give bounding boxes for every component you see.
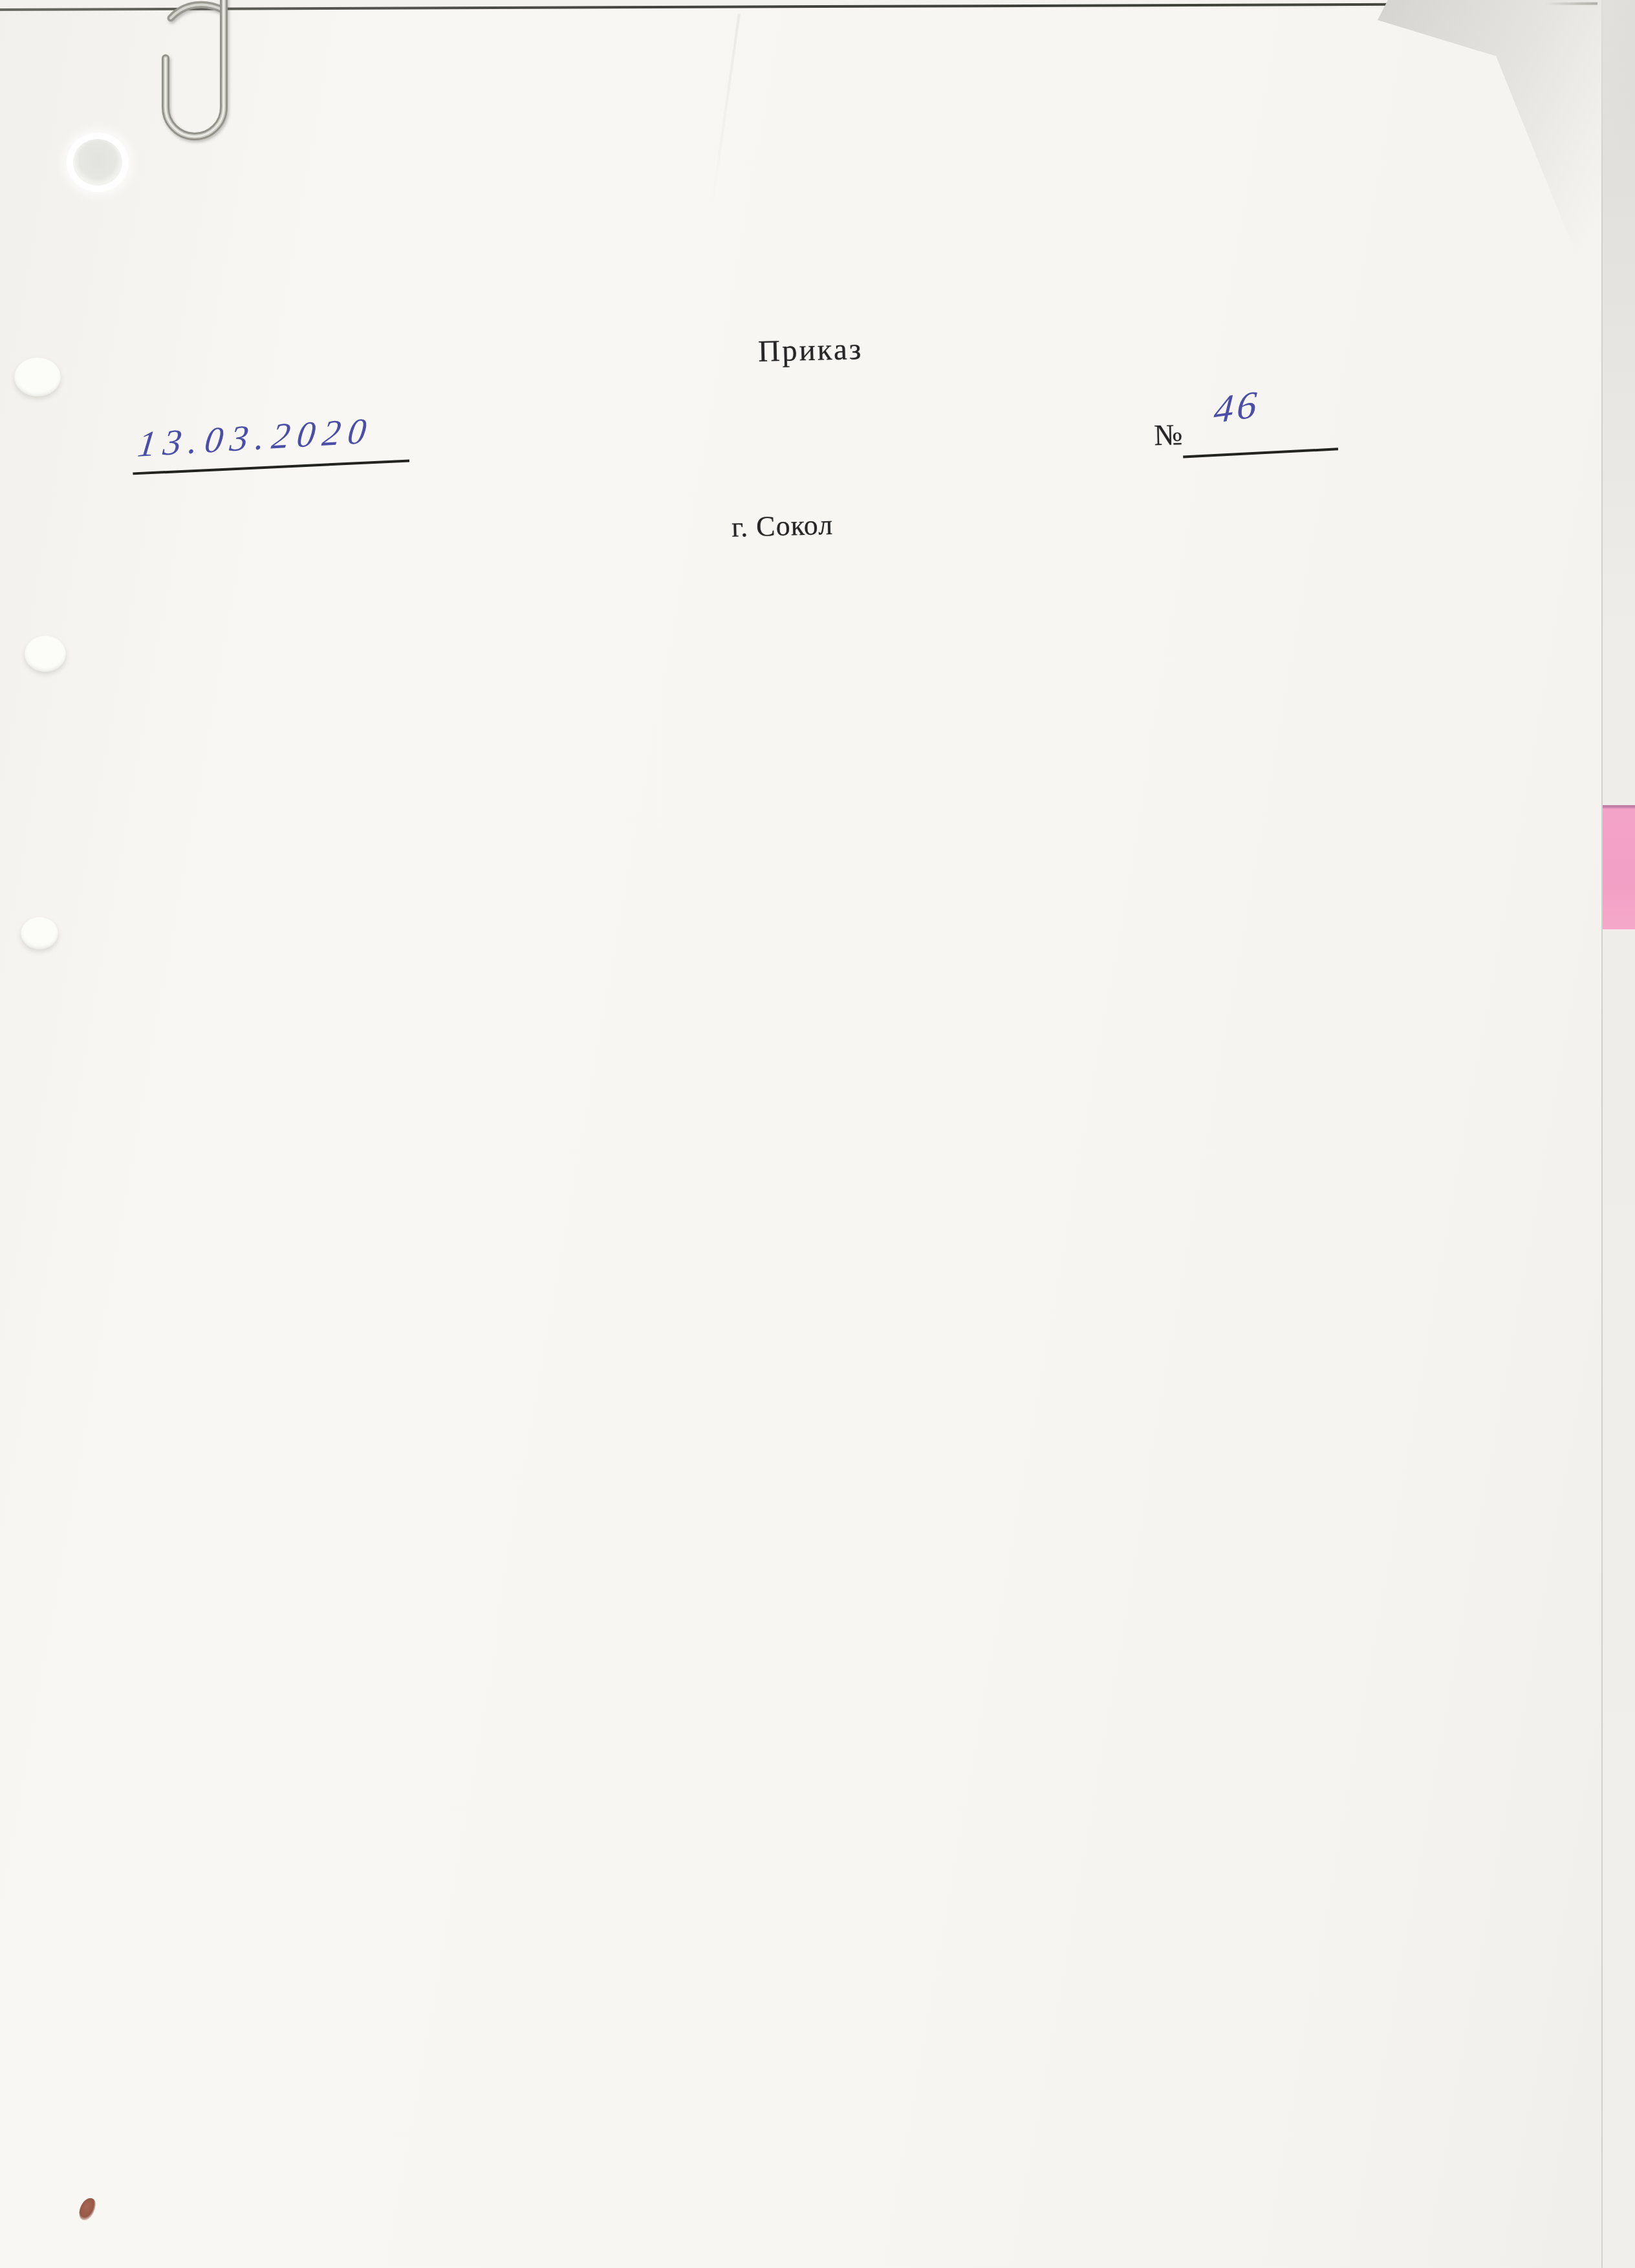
paragraph: [85, 842, 1354, 872]
order-body: [85, 842, 1356, 948]
organization-header-line: [74, 91, 1367, 122]
handwritten-date: 13.03.2020: [136, 410, 376, 465]
emboss-spot: [25, 636, 66, 672]
scanned-document: Приказ 13.03.2020 № 46 г. Сокол: [0, 0, 1635, 2268]
paragraph: [85, 842, 1354, 872]
document-content: Приказ 13.03.2020 № 46 г. Сокол: [47, 37, 1392, 2252]
organization-header-line: [74, 91, 1367, 122]
handwritten-order-number: 46: [1213, 382, 1262, 433]
number-sign: №: [1154, 417, 1183, 452]
paragraph: [85, 842, 1354, 872]
paragraph: [85, 842, 1354, 872]
organization-header-line: [74, 91, 1367, 122]
paragraph: [85, 842, 1354, 872]
paragraph: [85, 842, 1354, 872]
place-line: г. Сокол: [135, 494, 1429, 557]
pink-sticker-bookmark: [1603, 805, 1635, 929]
number-underline: [1183, 448, 1338, 458]
emboss-spot: [21, 917, 58, 949]
organization-header: [74, 91, 1367, 122]
document-title: Приказ: [164, 318, 1458, 383]
paragraph: [85, 842, 1354, 872]
organization-header-line: [74, 91, 1367, 122]
paragraph: [87, 918, 1356, 948]
paragraph: [85, 842, 1354, 872]
